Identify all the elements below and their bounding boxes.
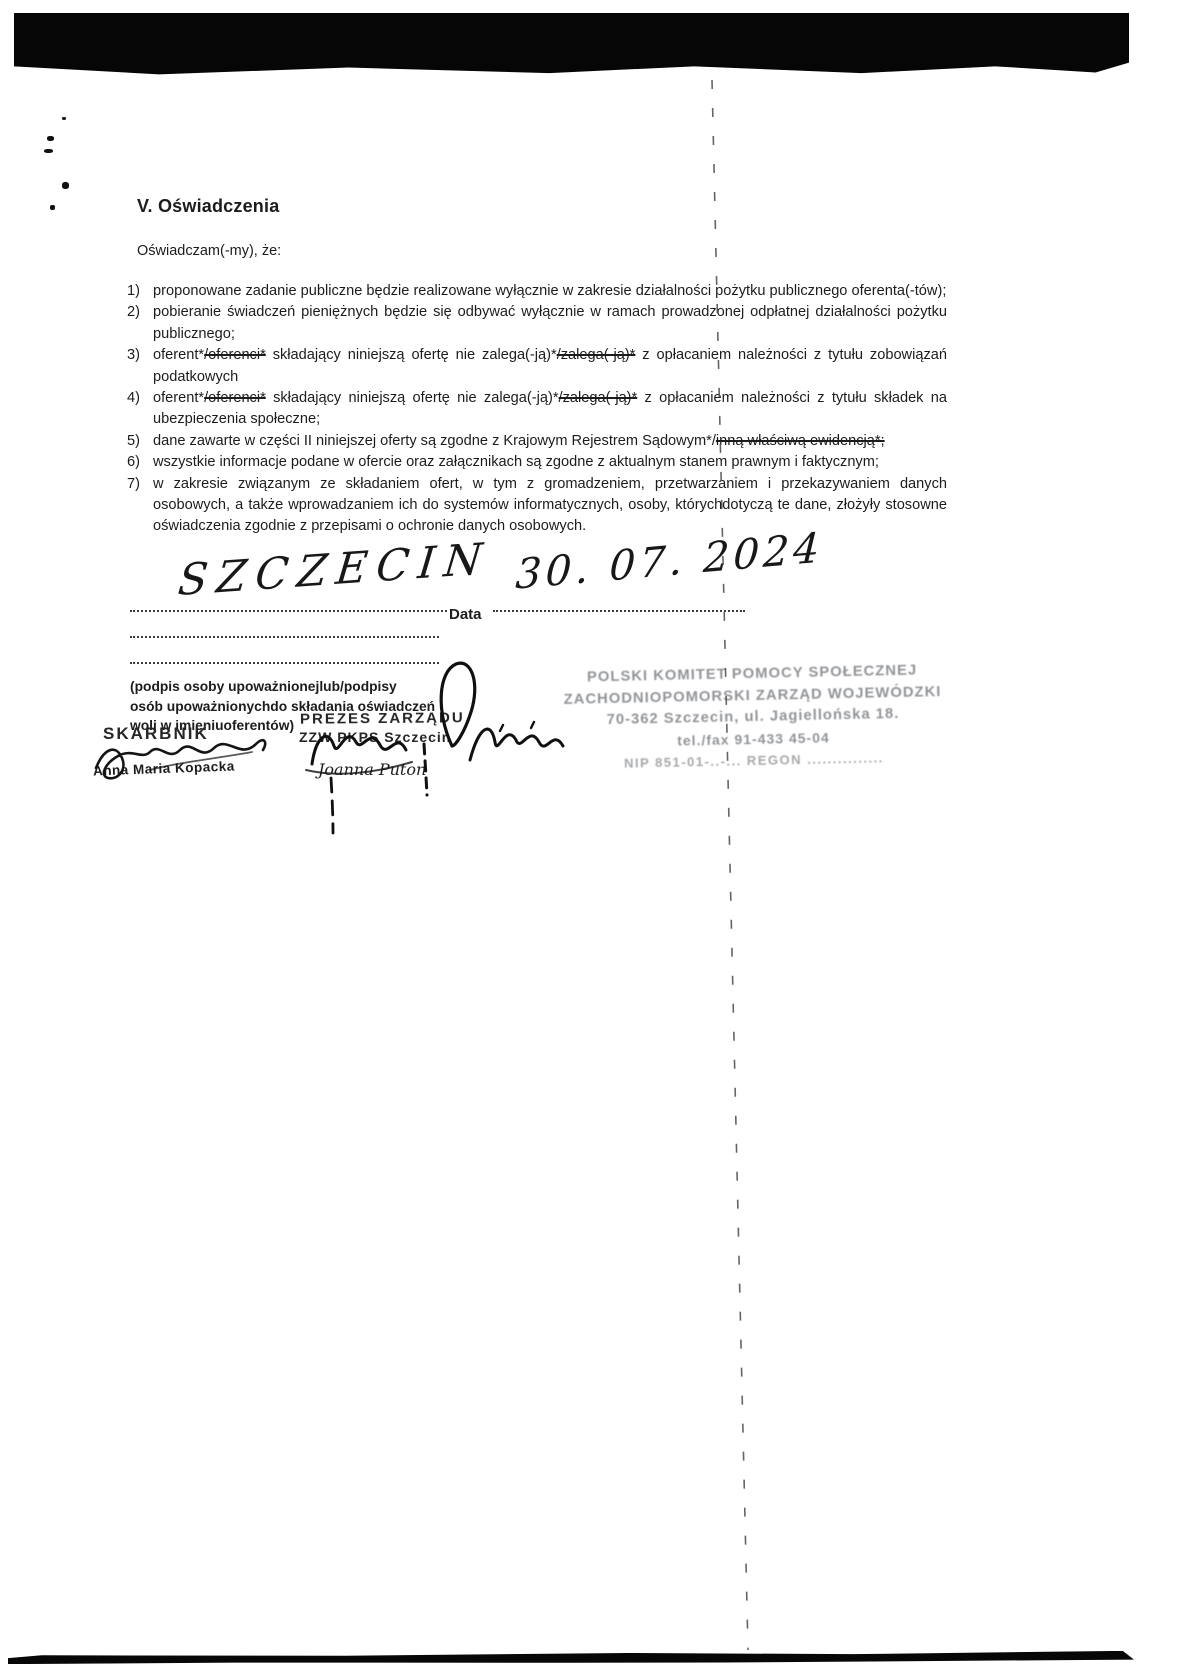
declaration-intro: Oświadczam(-my), że: [137,243,281,259]
declaration-number: 3) [127,345,140,366]
skarbnik-stamp: SKARBNIK [103,724,209,744]
caption-line: (podpis osoby upoważnionejlub/podpisy [130,677,460,697]
struck-text: /zalega(-ją)* [559,390,638,406]
signature-dotted-line [130,636,439,638]
declaration-text: dane zawarte w części II niniejszej ofer… [153,433,885,449]
signature-dotted-line [130,662,439,664]
declaration-text: oferent*/oferenci* składający niniejszą … [153,390,947,427]
declaration-number: 2) [127,302,140,323]
declaration-item: 4)oferent*/oferenci* składający niniejsz… [127,388,947,431]
struck-text: /oferenci* [204,347,266,363]
declaration-item: 3)oferent*/oferenci* składający niniejsz… [127,345,947,388]
struck-text: inną właściwą ewidencją*; [716,433,885,449]
bottom-rule [8,1651,1134,1664]
redaction-bar [14,13,1129,75]
declaration-text: oferent*/oferenci* składający niniejszą … [153,347,947,384]
plain-text: w zakresie związanym ze składaniem ofert… [153,476,947,535]
prezes-stamp-title: PREZES ZARZĄDU [300,709,465,727]
organization-stamp: POLSKI KOMITET POMOCY SPOŁECZNEJ ZACHODN… [552,660,954,776]
declaration-text: wszystkie informacje podane w ofercie or… [153,454,879,470]
scanned-document-page: V. Oświadczenia Oświadczam(-my), że: 1)p… [0,0,1187,1680]
section-title: V. Oświadczenia [137,196,279,217]
declarations-list: 1)proponowane zadanie publiczne będzie r… [127,281,947,538]
plain-text: składający niniejszą ofertę nie zalega(-… [266,347,557,363]
skarbnik-name: Anna Maria Kopacka [93,759,235,779]
plain-text: oferent* [153,390,204,406]
declaration-text: pobieranie świadczeń pieniężnych będzie … [153,304,947,341]
plain-text: proponowane zadanie publiczne będzie rea… [153,283,946,299]
ink-speck [62,117,66,120]
plain-text: dane zawarte w części II niniejszej ofer… [153,433,716,449]
prezes-stamp-org: ZZW PKPS Szczecin [299,729,451,745]
date-dotted-line [493,610,745,612]
declaration-item: 6)wszystkie informacje podane w ofercie … [127,452,947,473]
declaration-number: 4) [127,388,140,409]
plain-text: składający niniejszą ofertę nie zalega(-… [266,390,559,406]
declaration-number: 7) [127,474,140,495]
declaration-number: 1) [127,281,140,302]
plain-text: wszystkie informacje podane w ofercie or… [153,454,879,470]
struck-text: /zalega(-ją)* [557,347,636,363]
declaration-item: 5)dane zawarte w części II niniejszej of… [127,431,947,452]
ink-speck [62,182,69,189]
declaration-text: proponowane zadanie publiczne będzie rea… [153,283,946,299]
ink-speck [50,205,55,210]
plain-text: pobieranie świadczeń pieniężnych będzie … [153,304,947,341]
declaration-number: 5) [127,431,140,452]
plain-text: oferent* [153,347,204,363]
handwritten-place: SZCZECIN [176,534,494,606]
declaration-text: w zakresie związanym ze składaniem ofert… [153,476,947,535]
declaration-item: 1)proponowane zadanie publiczne będzie r… [127,281,947,302]
ink-speck [44,149,53,153]
declaration-number: 6) [127,452,140,473]
declaration-item: 2)pobieranie świadczeń pieniężnych będzi… [127,302,947,345]
prezes-name: Joanna Puton [318,760,426,779]
struck-text: /oferenci* [204,390,266,406]
ink-speck [47,136,54,141]
date-label: Data [449,606,482,623]
signature-dotted-line [130,610,447,612]
